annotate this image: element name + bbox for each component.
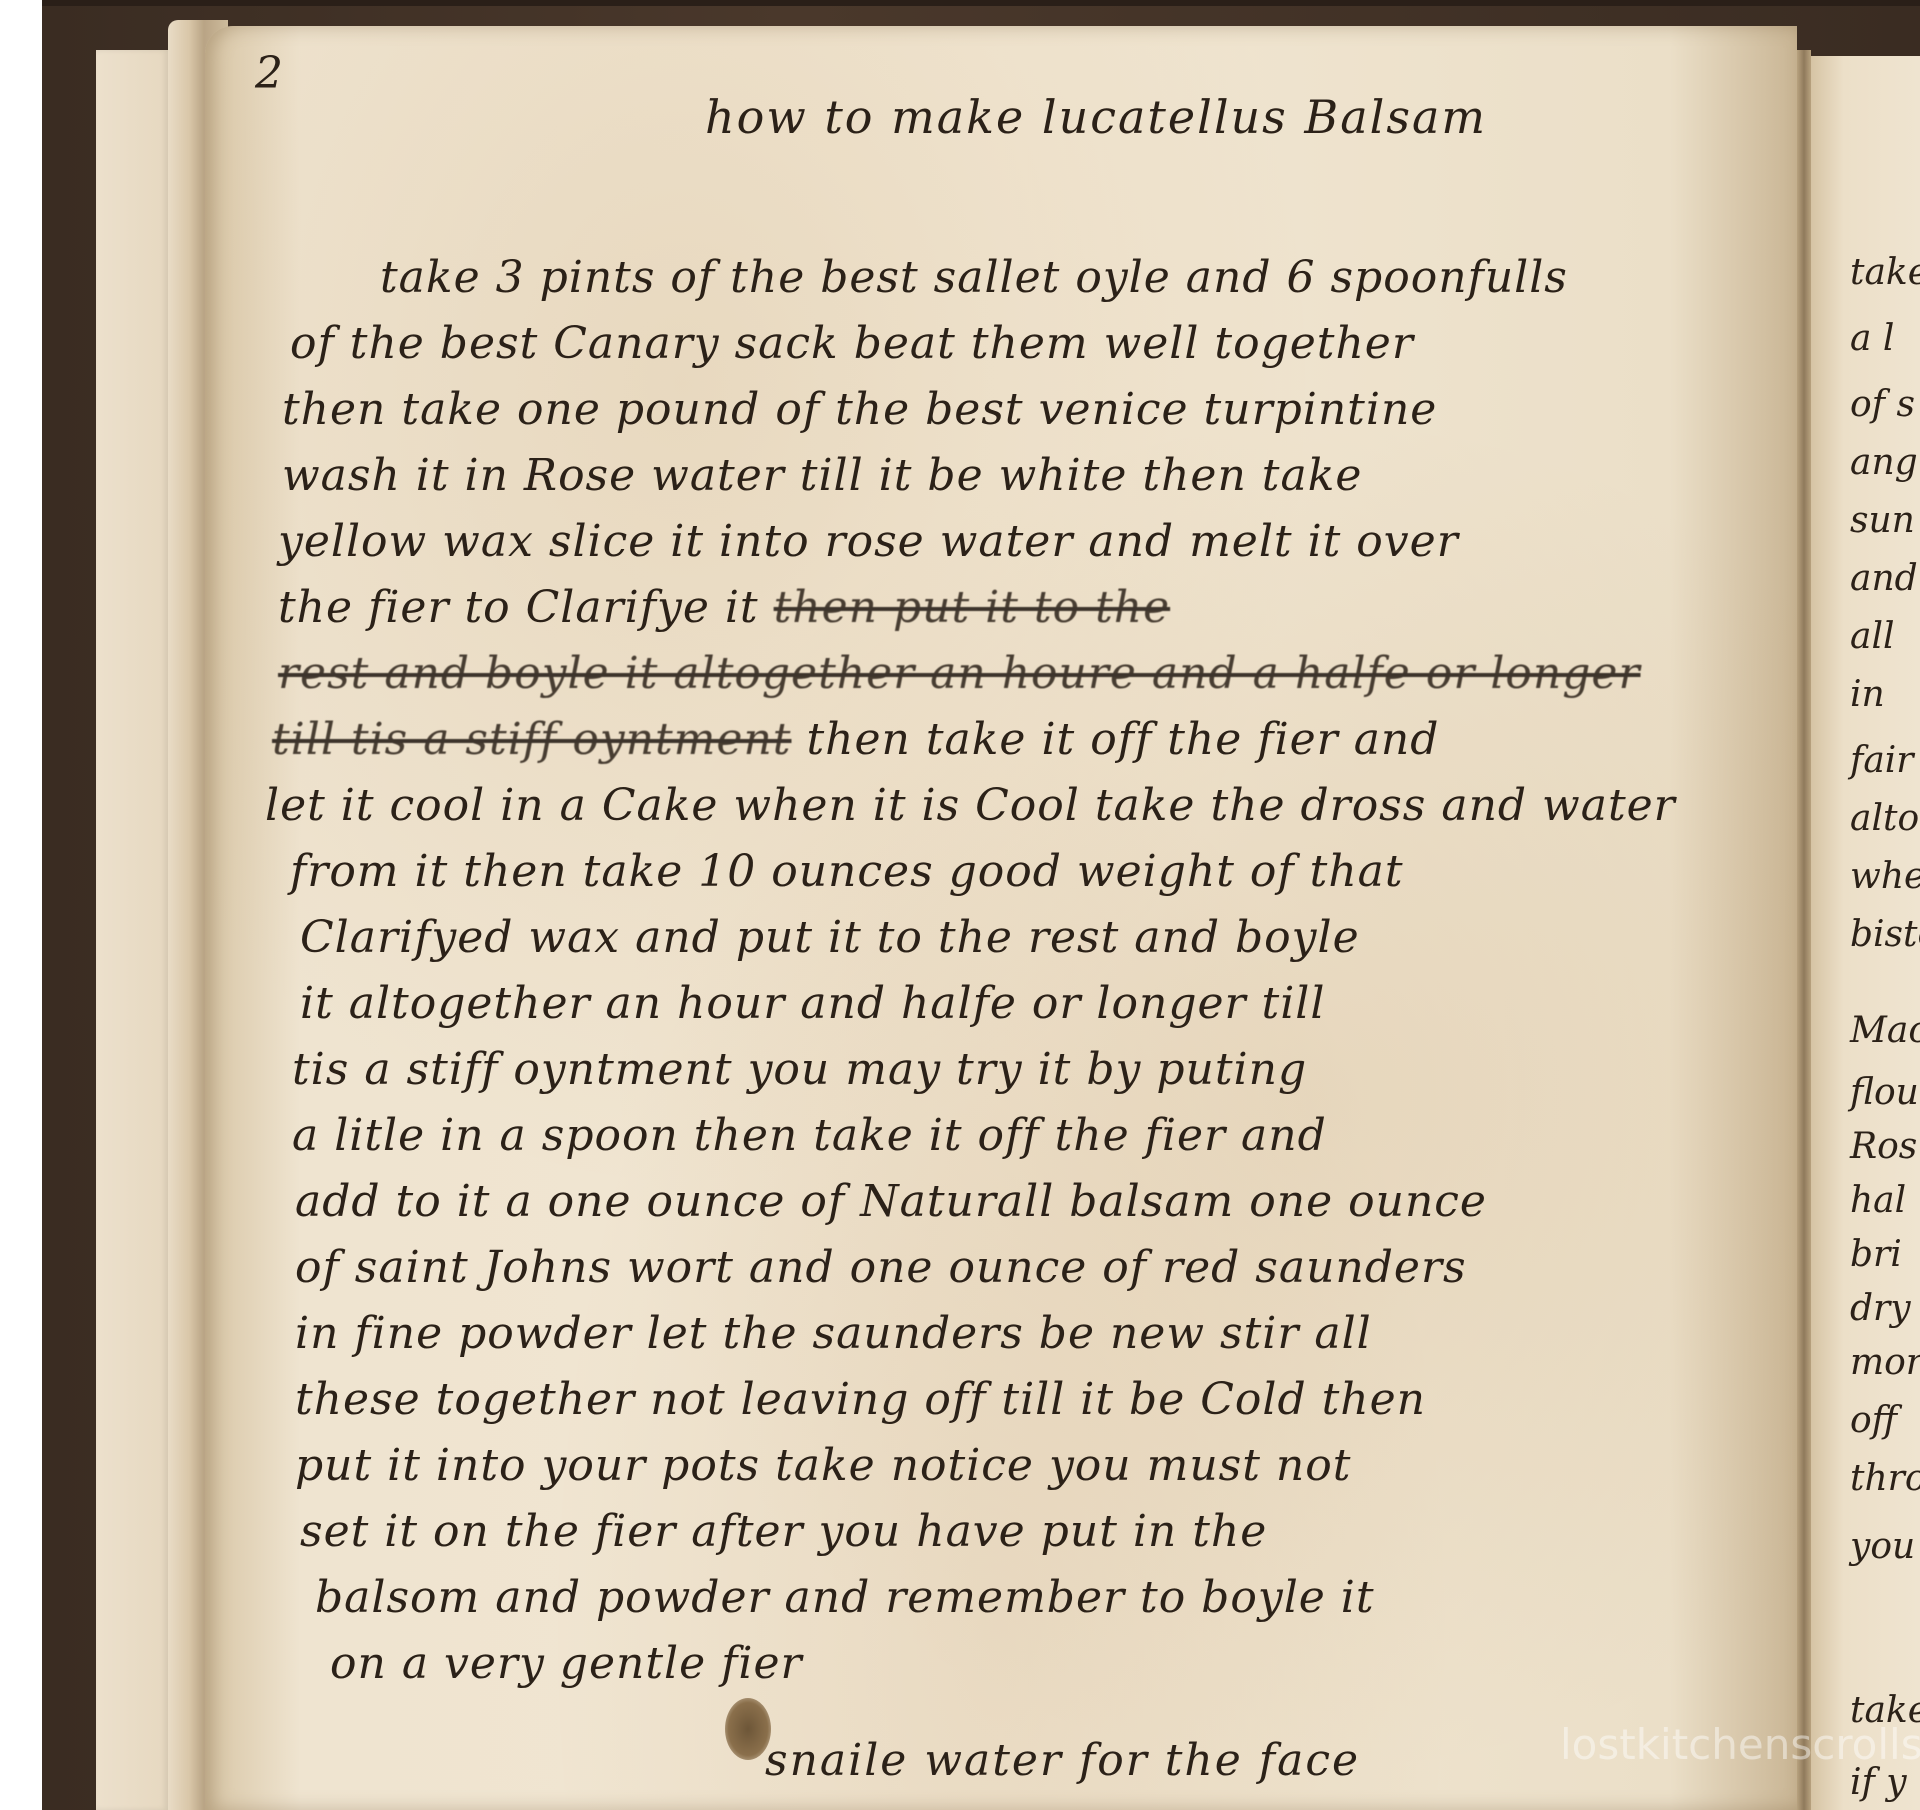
recipe-line: let it cool in a Cake when it is Cool ta… (265, 780, 1676, 831)
facing-fragment: whe (1850, 856, 1920, 897)
recipe-line: wash it in Rose water till it be white t… (282, 450, 1362, 501)
facing-fragment: in (1850, 674, 1885, 715)
recipe-line: till tis a stiff oyntment then take it o… (272, 714, 1439, 765)
recipe-line: tis a stiff oyntment you may try it by p… (292, 1044, 1307, 1095)
book-gutter (1797, 50, 1811, 1810)
facing-fragment: Ros (1850, 1126, 1917, 1167)
facing-fragment: ang (1850, 442, 1918, 483)
facing-fragment: you (1850, 1526, 1915, 1567)
endpaper (96, 50, 168, 1810)
struck-out-text: till tis a stiff oyntment (272, 714, 791, 765)
facing-fragment: flou (1850, 1072, 1919, 1113)
facing-fragment: alto (1850, 798, 1919, 839)
recipe-line: it altogether an hour and halfe or longe… (300, 978, 1325, 1029)
facing-fragment: hal (1850, 1180, 1906, 1221)
facing-fragment: bisto (1850, 914, 1920, 955)
facing-fragment: sun (1850, 500, 1915, 541)
recipe-line: the fier to Clarifye it then put it to t… (278, 582, 1170, 633)
next-recipe-title: snaile water for the face (765, 1735, 1360, 1786)
struck-out-line: rest and boyle it altogether an houre an… (278, 648, 1640, 699)
recipe-line: yellow wax slice it into rose water and … (278, 516, 1459, 567)
recipe-line: balsom and powder and remember to boyle … (315, 1572, 1375, 1623)
recipe-line: of saint Johns wort and one ounce of red… (295, 1242, 1467, 1293)
recipe-title: how to make lucatellus Balsam (705, 90, 1487, 144)
watermark: lostkitchenscrolls.co (1560, 1720, 1920, 1769)
recipe-line: on a very gentle fier (330, 1638, 803, 1689)
recipe-line: in fine powder let the saunders be new s… (295, 1308, 1372, 1359)
facing-fragment: off (1850, 1400, 1897, 1441)
recipe-line: of the best Canary sack beat them well t… (290, 318, 1414, 369)
recipe-line: Clarifyed wax and put it to the rest and… (300, 912, 1360, 963)
recipe-line-text: then take it off the fier and (806, 714, 1439, 765)
facing-fragment: a l (1850, 318, 1894, 359)
facing-fragment: dry (1850, 1288, 1911, 1329)
facing-fragment: and (1850, 558, 1918, 599)
recipe-line: a litle in a spoon then take it off the … (292, 1110, 1327, 1161)
facing-fragment: mor (1850, 1342, 1920, 1383)
recipe-line: put it into your pots take notice you mu… (295, 1440, 1351, 1491)
recipe-line: add to it a one ounce of Naturall balsam… (295, 1176, 1487, 1227)
facing-fragment: Mac (1850, 1010, 1920, 1051)
recipe-line-text: the fier to Clarifye it (278, 582, 759, 633)
recipe-line: set it on the fier after you have put in… (300, 1506, 1267, 1557)
recipe-line: then take one pound of the best venice t… (282, 384, 1437, 435)
facing-fragment: fair (1850, 740, 1914, 781)
struck-out-text: then put it to the (774, 582, 1171, 633)
facing-fragment: all (1850, 616, 1895, 657)
facing-fragment: of s (1850, 384, 1915, 425)
facing-fragment: bri (1850, 1234, 1902, 1275)
recipe-line: these together not leaving off till it b… (295, 1374, 1426, 1425)
recipe-line: from it then take 10 ounces good weight … (290, 846, 1404, 897)
recipe-line: take 3 pints of the best sallet oyle and… (380, 252, 1568, 303)
page-number: 2 (255, 48, 283, 99)
facing-fragment: thro (1850, 1458, 1920, 1499)
facing-fragment: take (1850, 252, 1920, 293)
